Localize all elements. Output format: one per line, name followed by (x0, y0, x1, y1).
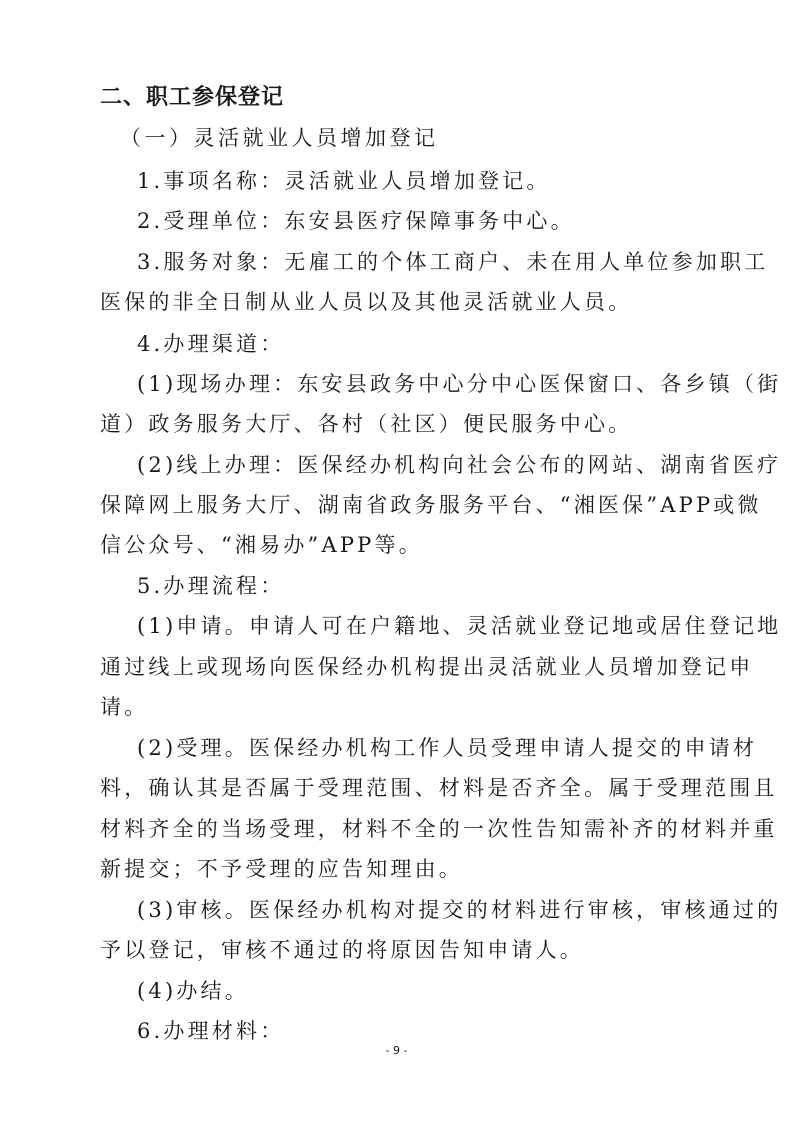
item-target-cont: 医保的非全日制从业人员以及其他灵活就业人员。 (100, 288, 702, 316)
process-accept-cont3: 新提交；不予受理的应告知理由。 (100, 855, 702, 883)
channel-onsite: (1)现场办理：东安县政务中心分中心医保窗口、各乡镇（街 (137, 370, 739, 398)
item-materials: 6.办理材料： (137, 1017, 739, 1045)
process-review-cont: 予以登记，审核不通过的将原因告知申请人。 (100, 936, 702, 964)
section-title: 二、职工参保登记 (100, 84, 702, 112)
channel-online-cont: 保障网上服务大厅、湖南省政务服务平台、“湘医保”APP或微 (100, 491, 702, 519)
document-page: 二、职工参保登记 （一）灵活就业人员增加登记 1.事项名称：灵活就业人员增加登记… (0, 0, 793, 1122)
process-apply-cont2: 请。 (100, 693, 702, 721)
subsection-title: （一）灵活就业人员增加登记 (120, 124, 722, 152)
process-apply: (1)申请。申请人可在户籍地、灵活就业登记地或居住登记地 (137, 612, 739, 640)
page-number: - 9 - (0, 1044, 793, 1057)
process-review: (3)审核。医保经办机构对提交的材料进行审核，审核通过的 (137, 896, 739, 924)
item-channels: 4.办理渠道： (137, 330, 739, 358)
item-name: 1.事项名称：灵活就业人员增加登记。 (137, 167, 739, 195)
channel-online-cont2: 信公众号、“湘易办”APP等。 (100, 531, 702, 559)
channel-online: (2)线上办理：医保经办机构向社会公布的网站、湖南省医疗 (137, 451, 739, 479)
process-accept-cont: 料，确认其是否属于受理范围、材料是否齐全。属于受理范围且 (100, 774, 702, 802)
process-complete: (4)办结。 (137, 977, 739, 1005)
item-process: 5.办理流程： (137, 572, 739, 600)
process-accept: (2)受理。医保经办机构工作人员受理申请人提交的申请材 (137, 734, 739, 762)
item-unit: 2.受理单位：东安县医疗保障事务中心。 (137, 207, 739, 235)
process-apply-cont: 通过线上或现场向医保经办机构提出灵活就业人员增加登记申 (100, 653, 702, 681)
process-accept-cont2: 材料齐全的当场受理，材料不全的一次性告知需补齐的材料并重 (100, 815, 702, 843)
item-target: 3.服务对象：无雇工的个体工商户、未在用人单位参加职工 (137, 248, 739, 276)
channel-onsite-cont: 道）政务服务大厅、各村（社区）便民服务中心。 (100, 410, 702, 438)
